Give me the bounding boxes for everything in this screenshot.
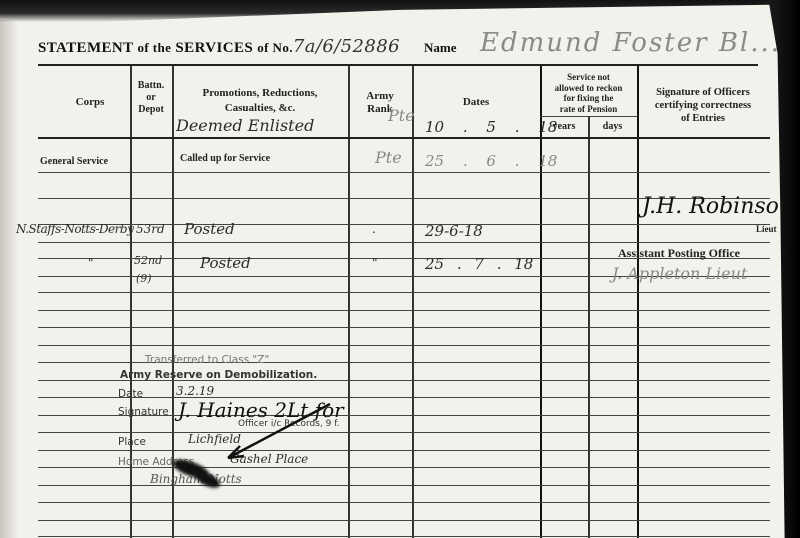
header-sna-line4: rate of Pension xyxy=(540,104,637,115)
entry-date: 29-6-18 xyxy=(425,222,483,240)
entry-corps: N.Staffs-Notts-Derby xyxy=(16,222,133,236)
title-statement: STATEMENT xyxy=(38,40,133,56)
row-rule xyxy=(38,172,770,173)
officer-1-rank: Lieut xyxy=(756,224,777,234)
header-depot-line: Depot xyxy=(130,104,172,116)
demob-stamp-line1: Transferred to Class "Z" xyxy=(145,354,269,366)
header-promotions-line2: Casualties, &c. xyxy=(172,101,348,116)
header-service-not-allowed: Service not allowed to reckon for fixing… xyxy=(540,72,637,114)
service-number: 7a/6/52886 xyxy=(293,36,400,57)
row-rule xyxy=(38,310,770,311)
demob-date-label: Date xyxy=(118,388,143,400)
entry-rank-ditto: " xyxy=(372,256,378,270)
demob-signature-label: Signature xyxy=(118,406,169,418)
entry-date: 10 . 5 . 18 xyxy=(425,118,557,136)
officer-signature-2: J. Appleton Lieut xyxy=(612,264,747,283)
entry-corps: General Service xyxy=(40,156,108,167)
header-sig-line1: Signature of Officers xyxy=(639,86,767,99)
row-rule xyxy=(38,485,770,486)
row-rule xyxy=(38,520,770,521)
header-battn-depot: Battn. or Depot xyxy=(130,80,172,116)
entry-event: Deemed Enlisted xyxy=(176,116,314,135)
demob-place-label: Place xyxy=(118,436,146,448)
row-rule xyxy=(38,345,770,346)
scan-top-shadow xyxy=(0,0,800,22)
header-battn-line: Battn. xyxy=(130,80,172,92)
entry-event: Called up for Service xyxy=(180,153,270,164)
demob-stamp-line2: Army Reserve on Demobilization. xyxy=(120,369,317,381)
header-or-line: or xyxy=(130,92,172,104)
officer-signature-1: J.H. Robinson xyxy=(642,194,793,219)
name-label: Name xyxy=(424,40,457,56)
header-promotions-line1: Promotions, Reductions, xyxy=(172,86,348,101)
title-of-no: of No. xyxy=(257,40,293,55)
service-record-document: STATEMENT of the SERVICES of No.7a/6/528… xyxy=(0,0,800,538)
header-corps: Corps xyxy=(50,96,130,108)
header-promotions: Promotions, Reductions, Casualties, &c. xyxy=(172,86,348,116)
entry-rank: . xyxy=(372,222,376,236)
row-rule xyxy=(38,397,770,398)
entry-rank: Pte xyxy=(375,148,402,167)
entry-battn: 52nd xyxy=(134,254,162,267)
row-rule xyxy=(38,502,770,503)
row-rule xyxy=(38,327,770,328)
header-army-line: Army xyxy=(348,90,412,103)
entry-event: Posted xyxy=(184,220,235,238)
row-rule xyxy=(38,292,770,293)
title-of-the: of the xyxy=(137,40,171,55)
entry-rank: Pte xyxy=(388,106,415,125)
posting-office-stamp: Assistant Posting Office xyxy=(618,246,740,261)
header-sig-line3: of Entries xyxy=(639,112,767,125)
entry-battn: 53rd xyxy=(136,222,165,236)
document-title: STATEMENT of the SERVICES of No.7a/6/528… xyxy=(38,36,400,57)
header-sig-line2: certifying correctness xyxy=(639,99,767,112)
row-rule xyxy=(38,450,770,451)
entry-event: Posted xyxy=(200,254,251,272)
header-bottom-rule xyxy=(38,137,770,139)
header-dates: Dates xyxy=(412,96,540,108)
header-sna-line3: for fixing the xyxy=(540,93,637,104)
scan-edge-shadow xyxy=(0,20,18,538)
header-sna-line2: allowed to reckon xyxy=(540,83,637,94)
header-signature: Signature of Officers certifying correct… xyxy=(639,86,767,125)
header-days: days xyxy=(588,121,637,133)
row-rule xyxy=(38,536,770,537)
entry-corps-ditto: " xyxy=(88,256,94,270)
entry-date: 25 . 7 . 18 xyxy=(425,255,533,273)
soldier-name: Edmund Foster Bl... xyxy=(480,28,781,58)
entry-date: 25 . 6 . 18 xyxy=(425,152,557,170)
entry-battn-sub: (9) xyxy=(136,272,152,285)
demob-date-value: 3.2.19 xyxy=(176,384,214,398)
row-rule xyxy=(38,432,770,433)
pen-arrow-mark xyxy=(200,400,340,470)
row-rule xyxy=(38,242,770,243)
header-sna-line1: Service not xyxy=(540,72,637,83)
title-underline xyxy=(38,64,758,66)
title-services: SERVICES xyxy=(175,40,253,56)
